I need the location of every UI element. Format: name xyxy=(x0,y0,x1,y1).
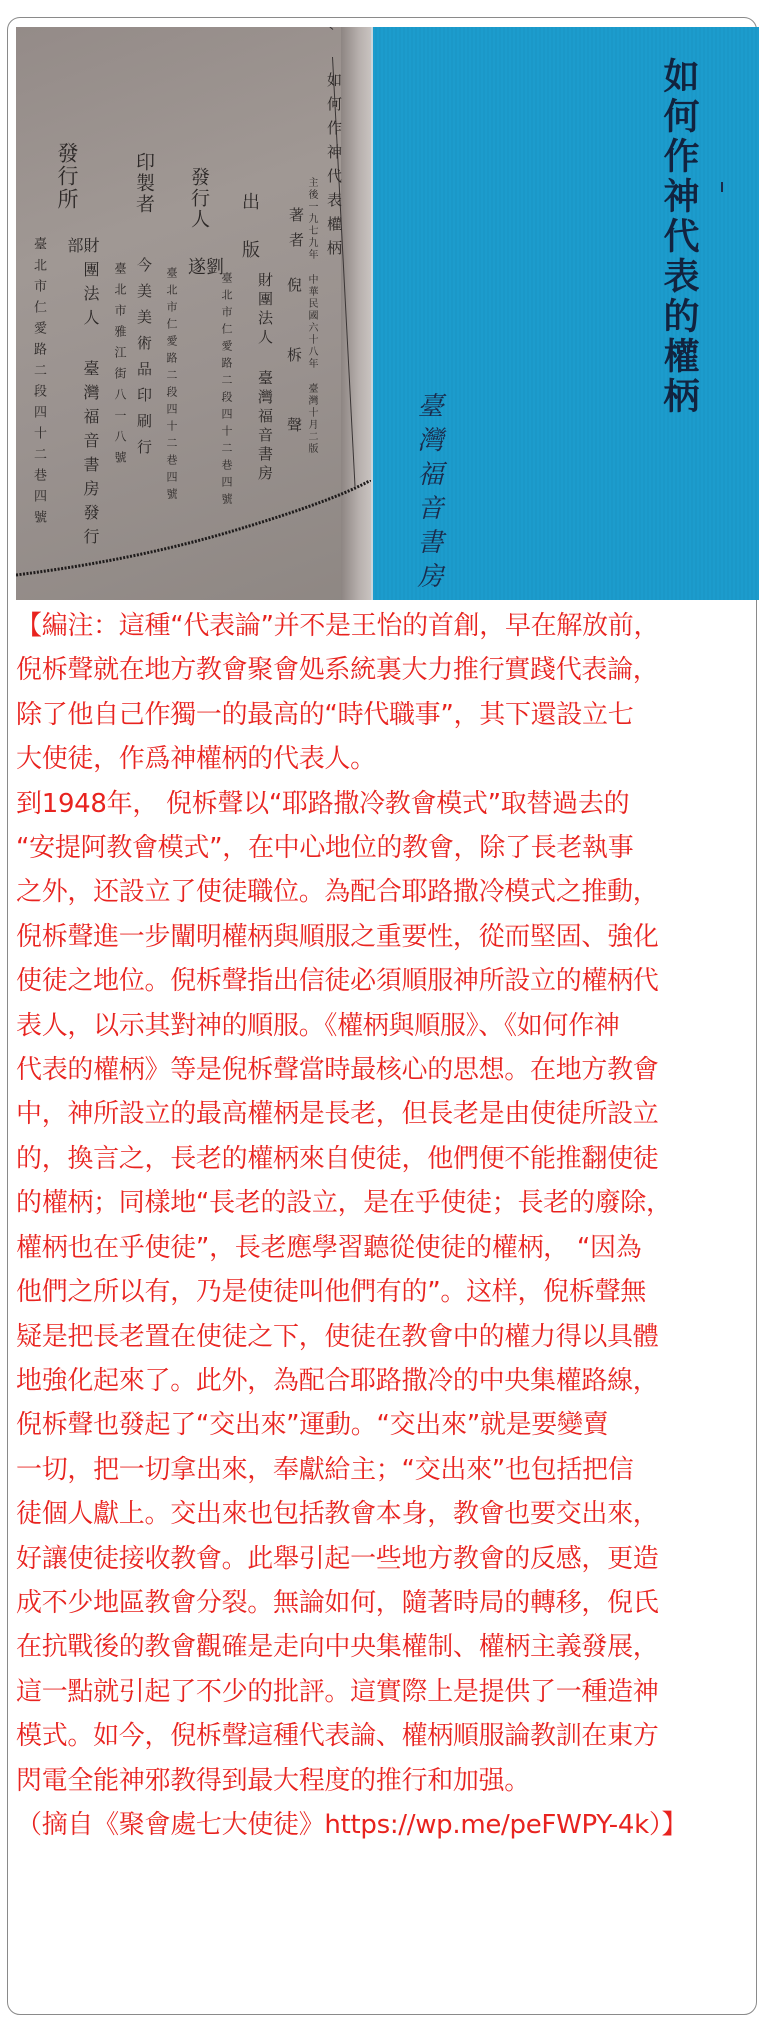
note-line: 表人，以示其對神的順服。《權柄與順服》、《如何作神 xyxy=(16,1004,756,1048)
author-label: 著者 xyxy=(288,207,303,257)
note-line: 中，神所設立的最高權柄是長老，但長老是由使徒所設立 xyxy=(16,1092,756,1136)
note-line: 權柄也在乎使徒”，長老應學習聽從使徒的權柄， “因為 xyxy=(16,1226,756,1270)
book-photos: 如何作神代表權柄 主後一九七九年 中華民國六十八年 臺灣十月二版 著者 倪柝聲 … xyxy=(16,27,759,600)
cover-mark xyxy=(721,182,723,192)
note-line: 徒個人獻上。交出來也包括教會本身，教會也要交出來， xyxy=(16,1492,756,1536)
cover-publisher: 臺灣福音書房 xyxy=(415,392,441,596)
note-line: 之外，还設立了使徒職位。為配合耶路撒冷模式之推動， xyxy=(16,870,756,914)
note-line: 的，換言之，長老的權柄來自使徒，他們便不能推翻使徒 xyxy=(16,1137,756,1181)
decorative-wave-line xyxy=(16,480,371,580)
book-cover-photo: 如何作神代表的權柄 臺灣福音書房 xyxy=(371,27,759,600)
issuer-address: 臺北市仁愛路二段四十二巷四號 xyxy=(166,267,177,505)
issuer-label: 發行人 xyxy=(189,167,208,230)
note-line: 倪柝聲就在地方教會聚會処系統裏大力推行實踐代表論， xyxy=(16,648,756,692)
note-line: “安提阿教會模式”，在中心地位的教會，除了長老執事 xyxy=(16,826,756,870)
note-line: 模式。如今，倪柝聲這種代表論、權柄順服論教訓在東方 xyxy=(16,1714,756,1758)
source-citation: （摘自《聚會處七大使徒》https://wp.me/peFWPY-4k）】 xyxy=(16,1803,756,1847)
note-line: 倪柝聲也發起了“交出來”運動。“交出來”就是要變賣 xyxy=(16,1403,756,1447)
note-line: 除了他自己作獨一的最高的“時代職事”，其下還設立七 xyxy=(16,693,756,737)
author-name: 倪柝聲 xyxy=(286,277,301,487)
copyright-edition: 主後一九七九年 中華民國六十八年 臺灣十月二版 xyxy=(306,177,316,455)
copyright-title: 如何作神代表權柄 xyxy=(326,72,341,264)
cover-title: 如何作神代表的權柄 xyxy=(661,57,697,417)
note-line: 成不少地區教會分裂。無論如何，隨著時局的轉移，倪氏 xyxy=(16,1581,756,1625)
note-line: 在抗戰後的教會觀確是走向中央集權制、權柄主義發展， xyxy=(16,1625,756,1669)
copyright-page-photo: 如何作神代表權柄 主後一九七九年 中華民國六十八年 臺灣十月二版 著者 倪柝聲 … xyxy=(16,27,371,600)
note-line: 代表的權柄》等是倪柝聲當時最核心的思想。在地方教會 xyxy=(16,1048,756,1092)
editor-note: 【編注：這種“代表論”并不是王怡的首創，早在解放前， 倪柝聲就在地方教會聚會処系… xyxy=(16,604,756,1847)
note-line: 倪柝聲進一步闡明權柄與順服之重要性，從而堅固、強化 xyxy=(16,915,756,959)
note-line: 這一點就引起了不少的批評。這實際上是提供了一種造神 xyxy=(16,1670,756,1714)
note-line: 他們之所以有，乃是使徒叫他們有的”。这样，倪柝聲無 xyxy=(16,1270,756,1314)
note-line: 疑是把長老置在使徒之下，使徒在教會中的權力得以具體 xyxy=(16,1315,756,1359)
note-line: 到1948年， 倪柝聲以“耶路撒冷教會模式”取替過去的 xyxy=(16,782,756,826)
distributor-label: 發行所 xyxy=(56,142,77,211)
printer-name: 今美美術品印刷行 xyxy=(136,257,151,465)
note-line: 一切，把一切拿出來，奉獻給主；“交出來”也包括把信 xyxy=(16,1448,756,1492)
note-line: 【編注：這種“代表論”并不是王怡的首創，早在解放前， xyxy=(16,604,756,648)
printer-address: 臺北市雅江街八一八號 xyxy=(114,262,126,472)
note-line: 大使徒，作爲神權柄的代表人。 xyxy=(16,737,756,781)
note-line: 好讓使徒接收教會。此舉引起一些地方教會的反感，更造 xyxy=(16,1537,756,1581)
note-line: 使徒之地位。倪柝聲指出信徒必須順服神所設立的權柄代 xyxy=(16,959,756,1003)
page-frame-corner xyxy=(302,27,333,30)
printer-label: 印製者 xyxy=(134,152,153,215)
note-line: 的權柄；同樣地“長老的設立，是在乎使徒；長老的廢除， xyxy=(16,1181,756,1225)
note-line: 地強化起來了。此外，為配合耶路撒冷的中央集權路線， xyxy=(16,1359,756,1403)
note-line: 閃電全能神邪教得到最大程度的推行和加强。 xyxy=(16,1759,756,1803)
